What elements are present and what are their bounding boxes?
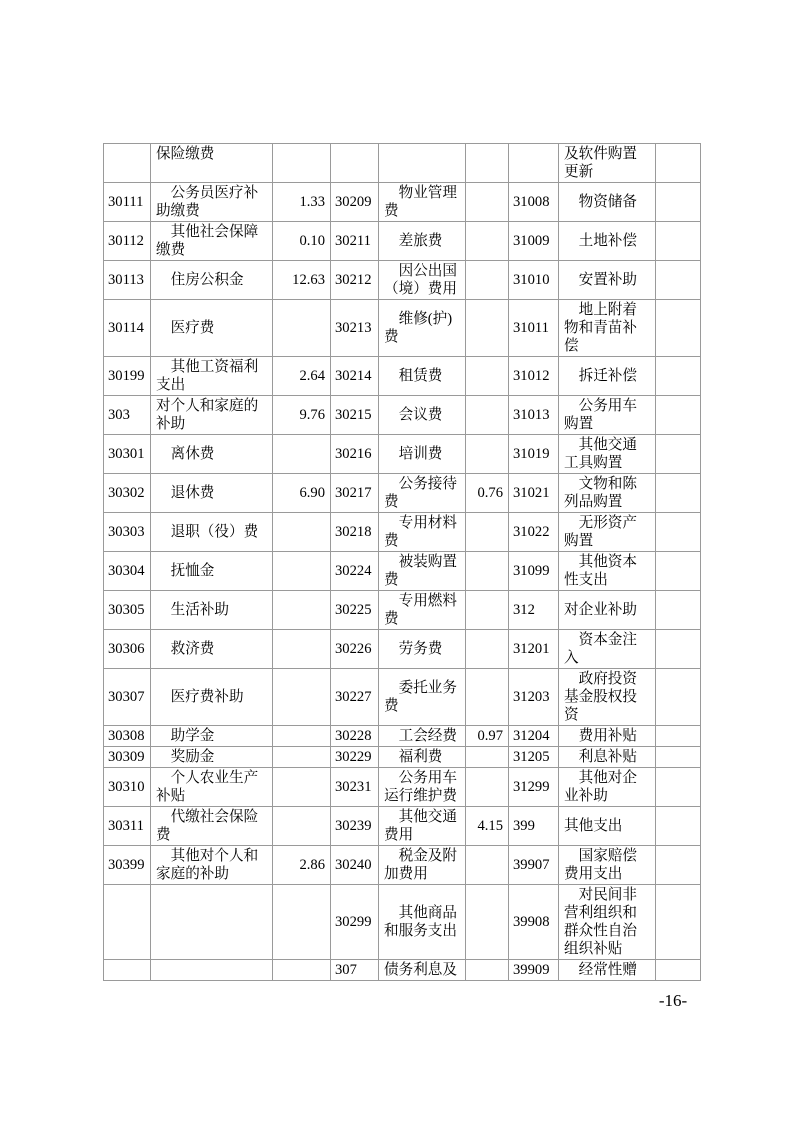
item-name-cell: 救济费 [151,630,273,669]
item-name-cell: 医疗费补助 [151,669,273,726]
item-name-cell: 公务用车运行维护费 [379,768,466,807]
item-name-cell: 培训费 [379,435,466,474]
amount-cell [656,630,701,669]
item-name-cell: 地上附着物和青苗补偿 [559,300,656,357]
amount-cell [656,768,701,807]
table-row: 30307医疗费补助30227委托业务费31203政府投资基金股权投资 [104,669,701,726]
amount-cell [466,669,509,726]
amount-cell [273,513,331,552]
code-cell: 30399 [104,846,151,885]
code-cell: 30218 [331,513,379,552]
code-cell: 30213 [331,300,379,357]
amount-cell [466,960,509,981]
amount-cell [273,960,331,981]
item-name-cell: 利息补贴 [559,747,656,768]
table-row: 30303退职（役）费30218专用材料费31022无形资产购置 [104,513,701,552]
item-name-cell: 专用燃料费 [379,591,466,630]
amount-cell [273,885,331,960]
code-cell: 312 [509,591,559,630]
item-name-cell: 公务员医疗补助缴费 [151,183,273,222]
item-name-cell: 公务用车购置 [559,396,656,435]
code-cell: 30226 [331,630,379,669]
amount-cell [656,183,701,222]
table-row: 保险缴费及软件购置更新 [104,144,701,183]
item-name-cell: 资本金注入 [559,630,656,669]
item-name-cell: 委托业务费 [379,669,466,726]
item-name-cell: 其他交通工具购置 [559,435,656,474]
amount-cell [466,222,509,261]
item-name-cell: 费用补贴 [559,726,656,747]
amount-cell: 0.76 [466,474,509,513]
code-cell: 399 [509,807,559,846]
item-name-cell: 其他工资福利支出 [151,357,273,396]
item-name-cell: 劳务费 [379,630,466,669]
code-cell: 30216 [331,435,379,474]
table-row: 30113住房公积金12.6330212因公出国（境）费用31010安置补助 [104,261,701,300]
code-cell: 31204 [509,726,559,747]
code-cell: 30305 [104,591,151,630]
amount-cell [466,261,509,300]
table-row: 30301离休费30216培训费31019其他交通工具购置 [104,435,701,474]
item-name-cell: 代缴社会保险费 [151,807,273,846]
item-name-cell: 公务接待费 [379,474,466,513]
amount-cell [656,726,701,747]
amount-cell [466,630,509,669]
amount-cell [466,846,509,885]
code-cell: 30199 [104,357,151,396]
amount-cell [466,885,509,960]
amount-cell [466,396,509,435]
amount-cell [656,474,701,513]
amount-cell: 0.97 [466,726,509,747]
item-name-cell [151,885,273,960]
item-name-cell: 其他社会保障缴费 [151,222,273,261]
item-name-cell: 被装购置费 [379,552,466,591]
code-cell: 303 [104,396,151,435]
table-row: 30302退休费6.9030217公务接待费0.7631021文物和陈列品购置 [104,474,701,513]
code-cell: 30231 [331,768,379,807]
code-cell: 39909 [509,960,559,981]
code-cell: 30302 [104,474,151,513]
table-row: 303对个人和家庭的补助9.7630215会议费31013公务用车购置 [104,396,701,435]
code-cell: 30308 [104,726,151,747]
code-cell: 30239 [331,807,379,846]
amount-cell [466,747,509,768]
code-cell: 31012 [509,357,559,396]
amount-cell [656,747,701,768]
code-cell: 30311 [104,807,151,846]
item-name-cell: 会议费 [379,396,466,435]
item-name-cell: 经常性赠 [559,960,656,981]
item-name-cell: 助学金 [151,726,273,747]
code-cell: 30225 [331,591,379,630]
item-name-cell: 医疗费 [151,300,273,357]
item-name-cell: 其他资本性支出 [559,552,656,591]
item-name-cell: 抚恤金 [151,552,273,591]
amount-cell [656,144,701,183]
table-row: 30114医疗费30213维修(护)费31011地上附着物和青苗补偿 [104,300,701,357]
item-name-cell: 其他对企业补助 [559,768,656,807]
amount-cell [656,846,701,885]
document-page: 保险缴费及软件购置更新30111公务员医疗补助缴费1.3330209物业管理费3… [0,0,793,1122]
code-cell: 30209 [331,183,379,222]
item-name-cell: 物业管理费 [379,183,466,222]
item-name-cell: 土地补偿 [559,222,656,261]
item-name-cell: 国家赔偿费用支出 [559,846,656,885]
item-name-cell: 税金及附加费用 [379,846,466,885]
item-name-cell: 对企业补助 [559,591,656,630]
item-name-cell: 其他对个人和家庭的补助 [151,846,273,885]
item-name-cell: 对民间非营利组织和群众性自治组织补贴 [559,885,656,960]
amount-cell [466,300,509,357]
table-row: 30308助学金30228工会经费0.9731204费用补贴 [104,726,701,747]
code-cell: 30227 [331,669,379,726]
code-cell: 30114 [104,300,151,357]
amount-cell [656,807,701,846]
code-cell: 30309 [104,747,151,768]
table-row: 30399其他对个人和家庭的补助2.8630240税金及附加费用39907国家赔… [104,846,701,885]
amount-cell [656,222,701,261]
code-cell: 30228 [331,726,379,747]
amount-cell [656,513,701,552]
amount-cell [656,435,701,474]
page-number: -16- [645,991,701,1011]
item-name-cell: 生活补助 [151,591,273,630]
code-cell: 30299 [331,885,379,960]
item-name-cell: 政府投资基金股权投资 [559,669,656,726]
code-cell: 31021 [509,474,559,513]
item-name-cell: 离休费 [151,435,273,474]
amount-cell [656,357,701,396]
code-cell: 39908 [509,885,559,960]
amount-cell: 9.76 [273,396,331,435]
amount-cell [656,960,701,981]
code-cell: 31203 [509,669,559,726]
code-cell: 30304 [104,552,151,591]
amount-cell [656,669,701,726]
amount-cell [466,183,509,222]
table-row: 30310个人农业生产补贴30231公务用车运行维护费31299其他对企业补助 [104,768,701,807]
amount-cell [273,669,331,726]
amount-cell [466,768,509,807]
item-name-cell: 个人农业生产补贴 [151,768,273,807]
table-row: 30111公务员医疗补助缴费1.3330209物业管理费31008物资储备 [104,183,701,222]
item-name-cell: 专用材料费 [379,513,466,552]
table-row: 30311代缴社会保险费30239其他交通费用4.15399其他支出 [104,807,701,846]
item-name-cell: 安置补助 [559,261,656,300]
code-cell: 30215 [331,396,379,435]
item-name-cell [151,960,273,981]
item-name-cell: 其他交通费用 [379,807,466,846]
code-cell: 30303 [104,513,151,552]
item-name-cell: 退休费 [151,474,273,513]
amount-cell [656,885,701,960]
item-name-cell: 因公出国（境）费用 [379,261,466,300]
code-cell: 30112 [104,222,151,261]
code-cell: 307 [331,960,379,981]
item-name-cell: 退职（役）费 [151,513,273,552]
item-name-cell: 及软件购置更新 [559,144,656,183]
amount-cell [656,552,701,591]
code-cell: 30211 [331,222,379,261]
item-name-cell: 奖励金 [151,747,273,768]
code-cell: 31205 [509,747,559,768]
table-row: 30112其他社会保障缴费0.1030211差旅费31009土地补偿 [104,222,701,261]
amount-cell: 1.33 [273,183,331,222]
item-name-cell: 物资储备 [559,183,656,222]
item-name-cell: 文物和陈列品购置 [559,474,656,513]
amount-cell [656,300,701,357]
amount-cell [273,807,331,846]
amount-cell [466,435,509,474]
amount-cell [273,144,331,183]
amount-cell [273,726,331,747]
amount-cell [466,552,509,591]
amount-cell [656,591,701,630]
amount-cell [466,357,509,396]
amount-cell: 6.90 [273,474,331,513]
item-name-cell: 其他支出 [559,807,656,846]
table-row: 30306救济费30226劳务费31201资本金注入 [104,630,701,669]
code-cell: 30301 [104,435,151,474]
code-cell: 31013 [509,396,559,435]
table-row: 30199其他工资福利支出2.6430214租赁费31012拆迁补偿 [104,357,701,396]
table-row: 30299其他商品和服务支出39908对民间非营利组织和群众性自治组织补贴 [104,885,701,960]
code-cell: 31009 [509,222,559,261]
code-cell [104,960,151,981]
code-cell: 39907 [509,846,559,885]
code-cell: 30229 [331,747,379,768]
amount-cell [466,144,509,183]
code-cell: 30306 [104,630,151,669]
amount-cell [273,300,331,357]
amount-cell [273,591,331,630]
code-cell: 30307 [104,669,151,726]
item-name-cell: 保险缴费 [151,144,273,183]
code-cell: 30310 [104,768,151,807]
code-cell [104,885,151,960]
item-name-cell: 差旅费 [379,222,466,261]
amount-cell: 0.10 [273,222,331,261]
amount-cell [466,591,509,630]
table-row: 307债务利息及39909经常性赠 [104,960,701,981]
code-cell: 31008 [509,183,559,222]
code-cell: 30214 [331,357,379,396]
code-cell: 31019 [509,435,559,474]
budget-table: 保险缴费及软件购置更新30111公务员医疗补助缴费1.3330209物业管理费3… [103,143,701,981]
item-name-cell: 租赁费 [379,357,466,396]
item-name-cell: 对个人和家庭的补助 [151,396,273,435]
code-cell: 30217 [331,474,379,513]
item-name-cell: 住房公积金 [151,261,273,300]
code-cell: 31099 [509,552,559,591]
code-cell: 31299 [509,768,559,807]
item-name-cell: 无形资产购置 [559,513,656,552]
budget-table-body: 保险缴费及软件购置更新30111公务员医疗补助缴费1.3330209物业管理费3… [104,144,701,981]
amount-cell [656,261,701,300]
item-name-cell: 其他商品和服务支出 [379,885,466,960]
amount-cell: 2.86 [273,846,331,885]
amount-cell: 12.63 [273,261,331,300]
code-cell: 31022 [509,513,559,552]
amount-cell [273,747,331,768]
item-name-cell: 维修(护)费 [379,300,466,357]
amount-cell [273,630,331,669]
item-name-cell: 债务利息及 [379,960,466,981]
item-name-cell: 福利费 [379,747,466,768]
amount-cell [273,435,331,474]
item-name-cell: 拆迁补偿 [559,357,656,396]
code-cell: 30240 [331,846,379,885]
code-cell: 30224 [331,552,379,591]
amount-cell [466,513,509,552]
amount-cell: 2.64 [273,357,331,396]
item-name-cell: 工会经费 [379,726,466,747]
code-cell: 30212 [331,261,379,300]
code-cell [331,144,379,183]
table-row: 30309奖励金30229福利费31205利息补贴 [104,747,701,768]
amount-cell [273,768,331,807]
table-row: 30305生活补助30225专用燃料费312对企业补助 [104,591,701,630]
code-cell: 30113 [104,261,151,300]
code-cell: 31010 [509,261,559,300]
amount-cell: 4.15 [466,807,509,846]
code-cell [509,144,559,183]
table-row: 30304抚恤金30224被装购置费31099其他资本性支出 [104,552,701,591]
amount-cell [656,396,701,435]
amount-cell [273,552,331,591]
code-cell: 30111 [104,183,151,222]
code-cell: 31201 [509,630,559,669]
code-cell: 31011 [509,300,559,357]
item-name-cell [379,144,466,183]
code-cell [104,144,151,183]
